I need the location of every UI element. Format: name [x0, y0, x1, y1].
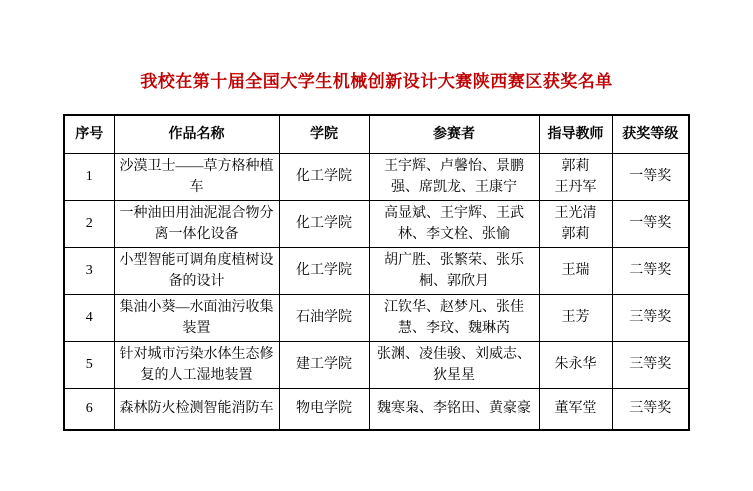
- serial-cell: 3: [64, 247, 114, 294]
- document-page: 我校在第十届全国大学生机械创新设计大赛陕西赛区获奖名单 序号 作品名称 学院 参…: [0, 0, 753, 491]
- award-cell: 二等奖: [612, 247, 689, 294]
- college-cell: 物电学院: [279, 388, 369, 430]
- award-cell: 一等奖: [612, 153, 689, 200]
- document-title: 我校在第十届全国大学生机械创新设计大赛陕西赛区获奖名单: [0, 0, 753, 94]
- awards-table: 序号 作品名称 学院 参赛者 指导教师 获奖等级 1 沙漠卫士——草方格种植车 …: [63, 114, 690, 431]
- column-header-no: 序号: [64, 115, 114, 153]
- participants-cell: 张渊、凌佳骏、刘威志、狄星星: [369, 341, 539, 388]
- advisor-cell: 王芳: [539, 294, 612, 341]
- column-header-award: 获奖等级: [612, 115, 689, 153]
- advisor-cell: 朱永华: [539, 341, 612, 388]
- work-name-cell: 一种油田用油泥混合物分离一体化设备: [114, 200, 279, 247]
- college-cell: 石油学院: [279, 294, 369, 341]
- advisor-cell: 王瑞: [539, 247, 612, 294]
- header-row: 序号 作品名称 学院 参赛者 指导教师 获奖等级: [64, 115, 689, 153]
- table-row: 1 沙漠卫士——草方格种植车 化工学院 王宇辉、卢馨怡、景鹏强、席凯龙、王康宁 …: [64, 153, 689, 200]
- table-row: 5 针对城市污染水体生态修复的人工湿地装置 建工学院 张渊、凌佳骏、刘威志、狄星…: [64, 341, 689, 388]
- table-row: 2 一种油田用油泥混合物分离一体化设备 化工学院 高显斌、王宇辉、王武林、李文栓…: [64, 200, 689, 247]
- participants-cell: 王宇辉、卢馨怡、景鹏强、席凯龙、王康宁: [369, 153, 539, 200]
- column-header-college: 学院: [279, 115, 369, 153]
- serial-cell: 5: [64, 341, 114, 388]
- participants-cell: 江钦华、赵梦凡、张佳慧、李玟、魏琳芮: [369, 294, 539, 341]
- work-name-cell: 沙漠卫士——草方格种植车: [114, 153, 279, 200]
- table-row: 4 集油小葵—水面油污收集装置 石油学院 江钦华、赵梦凡、张佳慧、李玟、魏琳芮 …: [64, 294, 689, 341]
- work-name-cell: 集油小葵—水面油污收集装置: [114, 294, 279, 341]
- college-cell: 化工学院: [279, 153, 369, 200]
- award-cell: 三等奖: [612, 341, 689, 388]
- column-header-participants: 参赛者: [369, 115, 539, 153]
- table-header-row: 序号 作品名称 学院 参赛者 指导教师 获奖等级: [64, 115, 689, 153]
- table-row: 6 森林防火检测智能消防车 物电学院 魏寒枭、李铭田、黄豪豪 董军堂 三等奖: [64, 388, 689, 430]
- award-cell: 一等奖: [612, 200, 689, 247]
- work-name-cell: 针对城市污染水体生态修复的人工湿地装置: [114, 341, 279, 388]
- serial-cell: 4: [64, 294, 114, 341]
- serial-cell: 1: [64, 153, 114, 200]
- advisor-cell: 王光清 郭莉: [539, 200, 612, 247]
- participants-cell: 高显斌、王宇辉、王武林、李文栓、张愉: [369, 200, 539, 247]
- serial-cell: 2: [64, 200, 114, 247]
- participants-cell: 魏寒枭、李铭田、黄豪豪: [369, 388, 539, 430]
- college-cell: 化工学院: [279, 200, 369, 247]
- college-cell: 建工学院: [279, 341, 369, 388]
- college-cell: 化工学院: [279, 247, 369, 294]
- work-name-cell: 小型智能可调角度植树设备的设计: [114, 247, 279, 294]
- award-cell: 三等奖: [612, 294, 689, 341]
- column-header-work: 作品名称: [114, 115, 279, 153]
- advisor-cell: 董军堂: [539, 388, 612, 430]
- table-row: 3 小型智能可调角度植树设备的设计 化工学院 胡广胜、张繁荣、张乐桐、郭欣月 王…: [64, 247, 689, 294]
- serial-cell: 6: [64, 388, 114, 430]
- work-name-cell: 森林防火检测智能消防车: [114, 388, 279, 430]
- advisor-cell: 郭莉 王丹军: [539, 153, 612, 200]
- award-cell: 三等奖: [612, 388, 689, 430]
- column-header-advisor: 指导教师: [539, 115, 612, 153]
- participants-cell: 胡广胜、张繁荣、张乐桐、郭欣月: [369, 247, 539, 294]
